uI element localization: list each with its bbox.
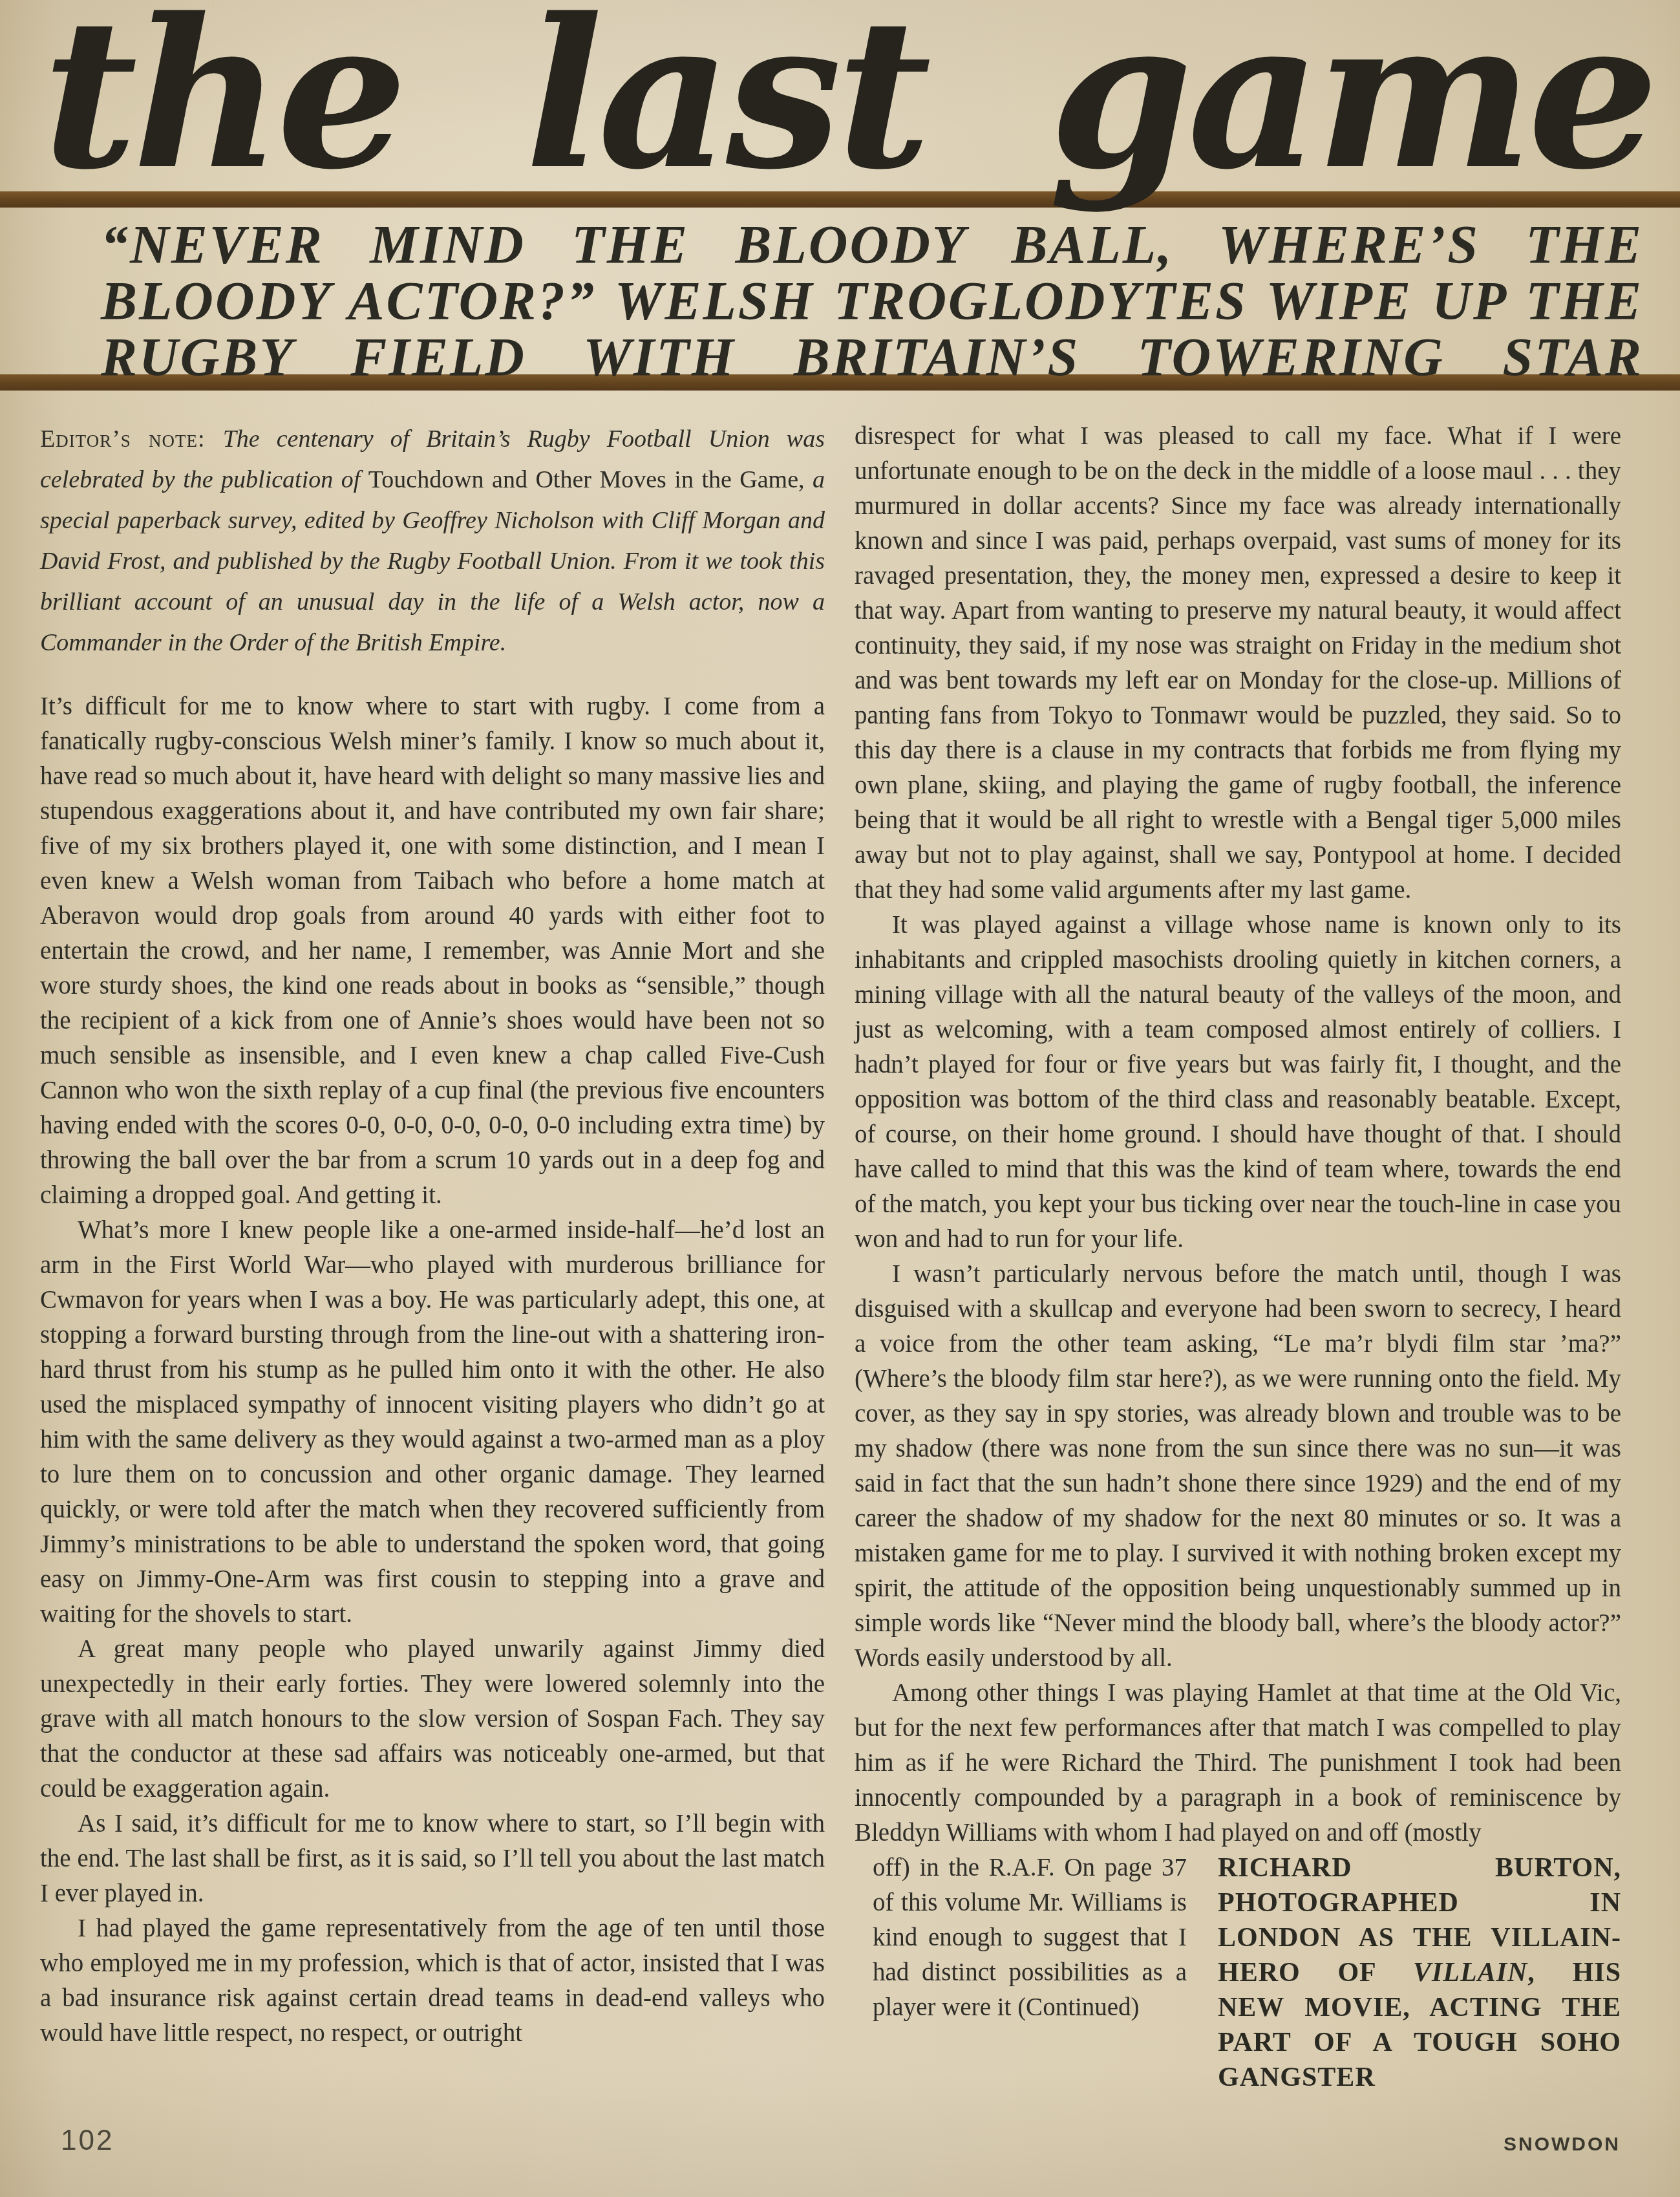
paragraph: Among other things I was playing Hamlet … — [855, 1676, 1621, 1850]
standfirst-line-1: “NEVER MIND THE BLOODY BALL, WHERE’S THE — [101, 217, 1643, 273]
editors-note-label: Editor’s note: — [40, 425, 223, 453]
standfirst-line-3: RUGBY FIELD WITH BRITAIN’S TOWERING STAR — [101, 330, 1643, 386]
page-number: 102 — [61, 2125, 114, 2157]
page-title: the last game — [43, 0, 1653, 197]
magazine-page: the last game “NEVER MIND THE BLOODY BAL… — [0, 0, 1680, 2197]
standfirst-line-2: BLOODY ACTOR?” WELSH TROGLODYTES WIPE UP… — [101, 273, 1643, 330]
editors-note-text-2: a special paperback survey, edited by Ge… — [40, 466, 825, 656]
editors-note: Editor’s note: The centenary of Britain’… — [40, 419, 825, 663]
standfirst: “NEVER MIND THE BLOODY BALL, WHERE’S THE… — [101, 217, 1643, 386]
paragraph: It was played against a village whose na… — [855, 908, 1621, 1257]
paragraph: What’s more I knew people like a one-arm… — [40, 1213, 825, 1632]
movie-title: VILLAIN — [1413, 1958, 1527, 1988]
photo-caption: RICHARD BURTON, PHOTOGRAPHED IN LONDON A… — [1218, 1850, 1621, 2095]
paragraph: off) in the R.A.F. On page 37 of this vo… — [873, 1850, 1187, 2025]
paragraph: It’s difficult for me to know where to s… — [40, 689, 825, 1213]
photo-credit: SNOWDON — [1504, 2134, 1621, 2156]
article-column-right: disrespect for what I was pleased to cal… — [855, 419, 1621, 2095]
continuation-column: off) in the R.A.F. On page 37 of this vo… — [873, 1850, 1187, 2025]
article-column-left: Editor’s note: The centenary of Britain’… — [40, 419, 825, 2051]
paragraph: I had played the game representatively f… — [40, 1911, 825, 2051]
column-split: off) in the R.A.F. On page 37 of this vo… — [855, 1850, 1621, 2095]
paragraph: disrespect for what I was pleased to cal… — [855, 419, 1621, 908]
book-title: Touchdown and Other Moves in the Game, — [368, 466, 813, 493]
paragraph: As I said, it’s difficult for me to know… — [40, 1806, 825, 1911]
paragraph: A great many people who played unwarily … — [40, 1632, 825, 1806]
paragraph: I wasn’t particularly nervous before the… — [855, 1257, 1621, 1676]
